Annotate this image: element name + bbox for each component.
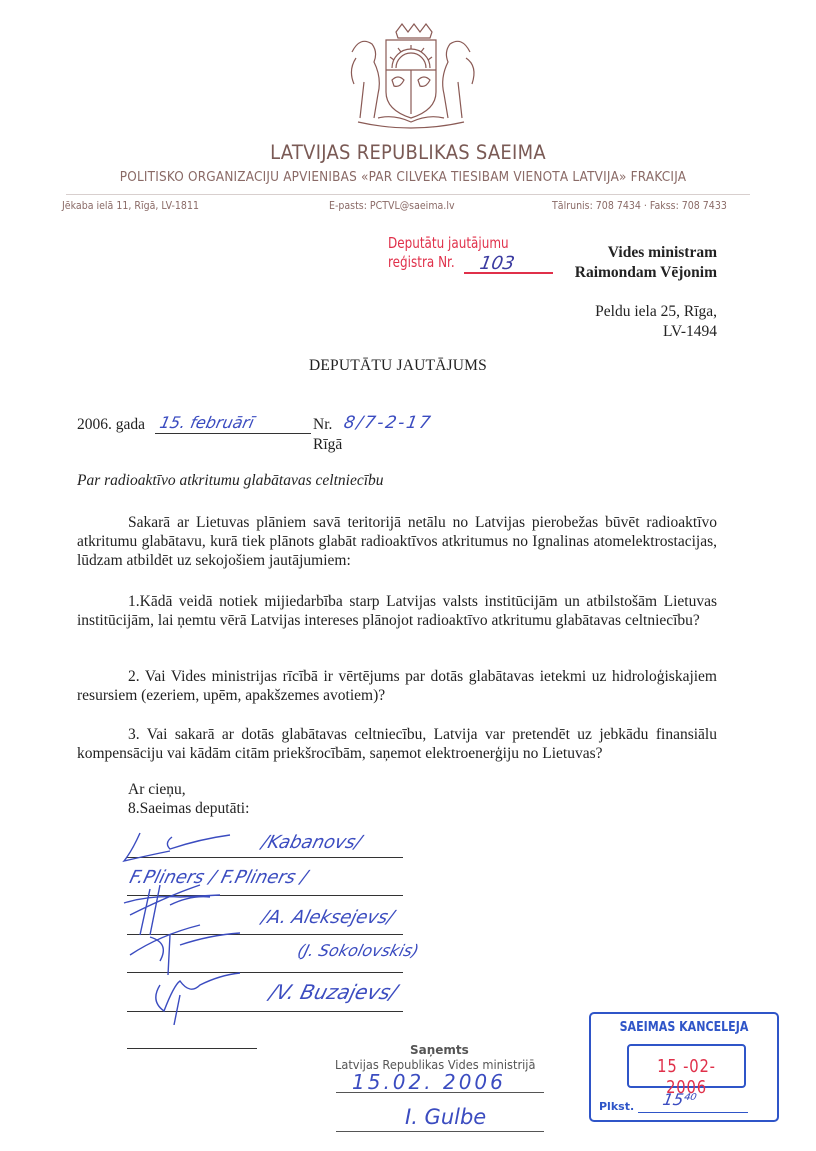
recipient-name: Raimondam Vējonim	[545, 263, 717, 283]
recipient-postcode: LV-1494	[545, 322, 717, 342]
question-3: 3. Vai sakarā ar dotās glabātavas celtni…	[77, 725, 717, 763]
question-2: 2. Vai Vides ministrijas rīcībā ir vērtē…	[77, 667, 717, 705]
recipient-title: Vides ministram	[545, 243, 717, 263]
closing: Ar cieņu, 8.Saeimas deputāti:	[128, 780, 249, 818]
intro-paragraph: Sakarā ar Lietuvas plāniem savā teritori…	[77, 513, 717, 570]
signature-name-4: (J. Sokolovskis)	[296, 941, 421, 960]
chancellery-stamp-title: SAEIMAS KANCELEJA	[605, 1020, 763, 1035]
handwritten-number: 8/7-2-17	[342, 413, 434, 433]
date-prefix: 2006. gada	[77, 416, 145, 434]
chancellery-date-box: 15 -02- 2006	[627, 1044, 746, 1088]
latvia-coat-of-arms-icon	[338, 22, 484, 134]
register-number: 103	[478, 253, 516, 274]
received-date: 15.02. 2006	[352, 1070, 506, 1094]
handwritten-date: 15. februārī	[158, 413, 256, 432]
closing-greeting: Ar cieņu,	[128, 780, 249, 799]
received-signature: I. Gulbe	[405, 1105, 486, 1129]
signature-name-1: /Kabanovs/	[259, 832, 363, 853]
place: Rīgā	[313, 436, 342, 454]
chancellery-time-line	[638, 1112, 748, 1113]
recipient-street: Peldu iela 25, Rīga,	[545, 302, 717, 322]
recipient-address: Peldu iela 25, Rīga, LV-1494	[545, 302, 717, 342]
contact-phone-fax: Tālrunis: 708 7434 · Fakss: 708 7433	[552, 200, 727, 212]
chancellery-time: 15⁴⁰	[661, 1090, 698, 1109]
document-title: DEPUTĀTU JAUTĀJUMS	[0, 357, 796, 375]
header-divider	[66, 194, 750, 195]
chancellery-time-label: Plkst.	[599, 1100, 634, 1113]
received-date-line	[336, 1092, 544, 1093]
number-label: Nr.	[313, 416, 332, 434]
organization-title: LATVIJAS REPUBLIKAS SAEIMA	[33, 141, 784, 164]
date-underline	[155, 433, 311, 434]
faction-subtitle: POLITISKO ORGANIZĀCIJU APVIENĪBAS «PAR C…	[28, 170, 778, 185]
recipient-block: Vides ministram Raimondam Vējonim	[545, 243, 717, 283]
signature-scribbles	[110, 825, 270, 1025]
signature-name-5: /V. Buzajevs/	[267, 980, 400, 1004]
register-stamp-line1: Deputātu jautājumu	[388, 234, 509, 253]
received-stamp-title: Saņemts	[410, 1043, 469, 1057]
chancellery-stamp: SAEIMAS KANCELEJA 15 -02- 2006 Plkst. 15…	[589, 1012, 779, 1122]
contact-email: E-pasts: PCTVL@saeima.lv	[329, 200, 455, 212]
subject-line: Par radioaktīvo atkritumu glabātavas cel…	[77, 472, 384, 490]
contact-address: Jēkaba ielā 11, Rīgā, LV-1811	[62, 200, 199, 212]
closing-signatories: 8.Saeimas deputāti:	[128, 799, 249, 818]
blank-signature-line	[127, 1048, 257, 1049]
signature-name-2: F.Pliners / F.Pliners /	[127, 867, 309, 888]
received-signature-line	[336, 1131, 544, 1132]
question-1: 1.Kādā veidā notiek mijiedarbība starp L…	[77, 592, 717, 630]
signature-name-3: /A. Aleksejevs/	[259, 907, 396, 928]
